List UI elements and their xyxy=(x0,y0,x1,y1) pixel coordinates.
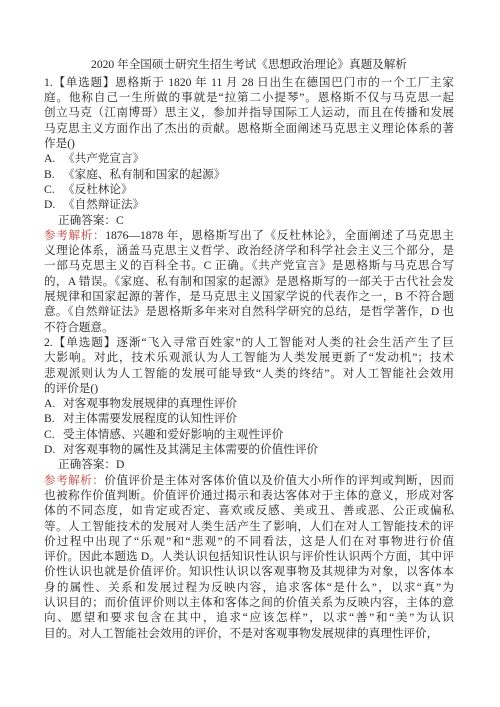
option-row: C.《反杜林论》 xyxy=(44,182,454,197)
option-text: 《自然辩证法》 xyxy=(63,198,144,211)
option-row: A.对客观事物发展规律的真理性评价 xyxy=(44,396,454,411)
option-text: 受主体情感、兴趣和爱好影响的主观性评价 xyxy=(63,428,283,441)
option-text: 《家庭、私有制和国家的起源》 xyxy=(63,168,225,181)
stem-line: 2.【单选题】逐渐“飞入寻常百姓家”的人工智能对人类的社会生活产生了巨 xyxy=(44,335,454,350)
answer-line: 正确答案：D xyxy=(44,457,454,472)
stem-line: 大影响。对此，技术乐观派认为人工智能为人类发展更新了“发动机”；技术 xyxy=(44,350,454,365)
document-title: 2020 年全国硕士研究生招生考试《思想政治理论》真题及解析 xyxy=(44,57,454,72)
option-text: 对主体需要发展程度的认知性评价 xyxy=(63,412,237,425)
answer-line: 正确答案：C xyxy=(44,213,454,228)
option-letter: D. xyxy=(44,197,63,212)
analysis-line: 评价。因此本题选 D。人类认识包括知识性认识与评价性认识两个方面，其中评 xyxy=(44,549,454,564)
option-row: B.《家庭、私有制和国家的起源》 xyxy=(44,167,454,182)
analysis-line: 不符合题意。 xyxy=(44,320,454,335)
analysis-line: 的，A 错误。《家庭、私有制和国家的起源》是恩格斯写的一部关于古代社会发 xyxy=(44,274,454,289)
analysis-line: 等。人工智能技术的发展对人类生活产生了影响，人们在对人工智能技术的评 xyxy=(44,519,454,534)
document-page: 2020 年全国硕士研究生招生考试《思想政治理论》真题及解析 1.【单选题】恩格… xyxy=(0,0,500,707)
answer-value: C xyxy=(116,214,124,227)
analysis-text: 价值评价是主体对客体价值以及价值大小所作的评判或判断，因而 xyxy=(104,474,454,487)
option-row: D.对客观事物的属性及其满足主体需要的价值性评价 xyxy=(44,442,454,457)
stem-line: 创立马克（江南博哥）思主义，参加并指导国际工人运动，而且在传播和发展 xyxy=(44,105,454,120)
analysis-line: 意。《自然辩证法》是恩格斯多年来对自然科学研究的总结，是哲学著作，D 也 xyxy=(44,304,454,319)
option-letter: D. xyxy=(44,442,63,457)
option-letter: A. xyxy=(44,151,63,166)
analysis-line: 参考解析：1876—1878 年，恩格斯写出了《反杜林论》，全面阐述了马克思主 xyxy=(44,228,454,243)
stem-line: 庭。他称自己一生所做的事就是“拉第二小提琴”。恩格斯不仅与马克思一起 xyxy=(44,90,454,105)
document-content: 2020 年全国硕士研究生招生考试《思想政治理论》真题及解析 1.【单选题】恩格… xyxy=(0,0,500,641)
analysis-line: 也被称作价值判断。价值评价通过揭示和表达客体对于主体的意义，形成对客 xyxy=(44,488,454,503)
option-text: 对客观事物发展规律的真理性评价 xyxy=(63,397,237,410)
analysis-line: 身的属性、关系和发展过程为反映内容，追求客体“是什么”，以求“真”为 xyxy=(44,580,454,595)
stem-line: 1.【单选题】恩格斯于 1820 年 11 月 28 日出生在德国巴门市的一个工… xyxy=(44,75,454,90)
analysis-line: 义理论体系，涵盖马克思主义哲学、政治经济学和科学社会主义三个部分，是 xyxy=(44,243,454,258)
stem-line: 悲观派则认为人工智能的发展可能导致“人类的终结”。对人工智能社会效用 xyxy=(44,366,454,381)
analysis-line: 目的。对人工智能社会效用的评价，不是对客观事物发展规律的真理性评价， xyxy=(44,626,454,641)
option-letter: B. xyxy=(44,167,63,182)
stem-line: 的评价是() xyxy=(44,381,454,396)
question-block-2: 2.【单选题】逐渐“飞入寻常百姓家”的人工智能对人类的社会生活产生了巨 大影响。… xyxy=(44,335,454,641)
stem-line: 马克思主义方面作出了杰出的贡献。恩格斯全面阐述马克思主义理论体系的著 xyxy=(44,121,454,136)
option-text: 对客观事物的属性及其满足主体需要的价值性评价 xyxy=(63,443,318,456)
question-block-1: 1.【单选题】恩格斯于 1820 年 11 月 28 日出生在德国巴门市的一个工… xyxy=(44,75,454,335)
option-letter: B. xyxy=(44,411,63,426)
option-letter: A. xyxy=(44,396,63,411)
option-letter: C. xyxy=(44,182,63,197)
analysis-line: 参考解析：价值评价是主体对客体价值以及价值大小所作的评判或判断，因而 xyxy=(44,473,454,488)
option-row: A.《共产党宣言》 xyxy=(44,151,454,166)
answer-label: 正确答案： xyxy=(58,458,116,471)
answer-label: 正确答案： xyxy=(58,214,116,227)
analysis-label: 参考解析： xyxy=(44,229,105,242)
analysis-line: 向、愿望和要求包含在其中，追求“应该怎样”，以求“善”和“美”为认识 xyxy=(44,610,454,625)
analysis-line: 一部马克思主义的百科全书。C 正确。《共产党宣言》是恩格斯与马克思合写 xyxy=(44,258,454,273)
analysis-line: 价性认识也就是价值评价。知识性认识以客观事物及其规律为对象，以客体本 xyxy=(44,564,454,579)
option-letter: C. xyxy=(44,427,63,442)
analysis-line: 展规律和国家起源的著作，是马克思主义国家学说的代表作之一，B 不符合题 xyxy=(44,289,454,304)
option-row: D.《自然辩证法》 xyxy=(44,197,454,212)
option-text: 《反杜林论》 xyxy=(63,183,133,196)
analysis-line: 价过程中出现了“乐观”和“悲观”的不同看法，这是人们在对事物进行价值 xyxy=(44,534,454,549)
analysis-line: 体的不同态度，如肯定或否定、喜欢或反感、美或丑、善或恶、公正或偏私 xyxy=(44,503,454,518)
answer-value: D xyxy=(116,458,124,471)
analysis-label: 参考解析： xyxy=(44,474,104,487)
option-row: B.对主体需要发展程度的认知性评价 xyxy=(44,411,454,426)
stem-line: 作是() xyxy=(44,136,454,151)
option-text: 《共产党宣言》 xyxy=(63,152,144,165)
analysis-line: 认识目的；而价值评价则以主体和客体之间的价值关系为反映内容，主体的意 xyxy=(44,595,454,610)
analysis-text: 1876—1878 年，恩格斯写出了《反杜林论》，全面阐述了马克思主 xyxy=(105,229,454,242)
option-row: C.受主体情感、兴趣和爱好影响的主观性评价 xyxy=(44,427,454,442)
